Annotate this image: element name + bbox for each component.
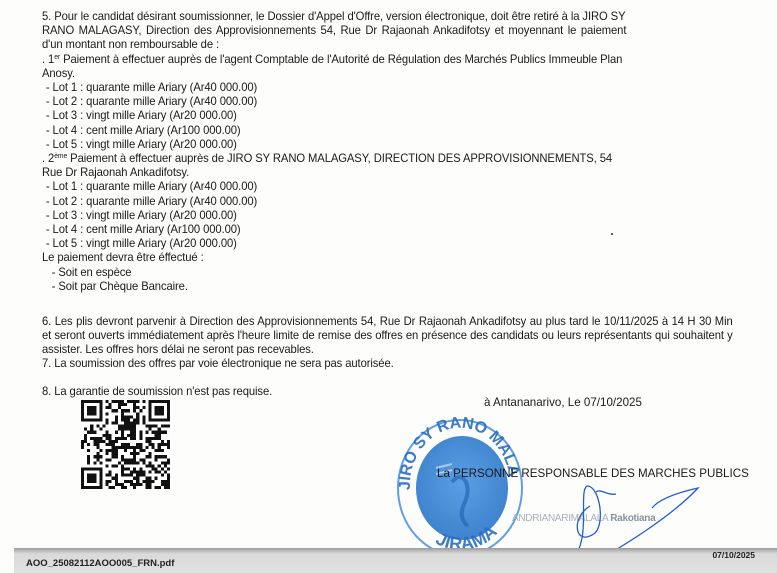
section-5-line: 5. Pour le candidat désirant soumissionn… — [42, 10, 713, 24]
footer-bar: AOO_25082112AOO005_FRN.pdf 07/10/2025 — [14, 548, 777, 573]
section-5-line: RANO MALAGASY, Direction des Approvision… — [42, 24, 713, 38]
payment-1-line: Anosy. — [42, 67, 713, 81]
lot-item: - Lot 5 : vingt mille Ariary (Ar20 000.0… — [42, 237, 713, 251]
lot-item: - Lot 2 : quarante mille Ariary (Ar40 00… — [42, 95, 713, 109]
section-5: 5. Pour le candidat désirant soumissionn… — [42, 10, 713, 294]
payment-2-line: Rue Dr Rajaonah Ankadifotsy. — [42, 166, 713, 180]
lot-item: - Lot 4 : cent mille Ariary (Ar100 000.0… — [42, 223, 713, 237]
qr-code-icon — [81, 400, 170, 489]
section-5-line: d'un montant non remboursable de : — [42, 38, 713, 52]
payment-mode-item: - Soit par Chèque Bancaire. — [42, 280, 713, 294]
lot-item: - Lot 1 : quarante mille Ariary (Ar40 00… — [42, 180, 713, 194]
document-page: 5. Pour le candidat désirant soumissionn… — [0, 0, 777, 573]
lot-item: - Lot 1 : quarante mille Ariary (Ar40 00… — [42, 81, 713, 95]
lot-item: - Lot 3 : vingt mille Ariary (Ar20 000.0… — [42, 209, 713, 223]
place-date: à Antananarivo, Le 07/10/2025 — [484, 396, 642, 409]
payment-2-line: . 2ème Paiement à effectuer auprès de JI… — [42, 152, 713, 166]
lot-item: - Lot 3 : vingt mille Ariary (Ar20 000.0… — [42, 109, 713, 123]
lot-item: - Lot 5 : vingt mille Ariary (Ar20 000.0… — [42, 138, 713, 152]
jirama-stamp-icon: JIRO SY RANO MALAGASY JIRAMA — [392, 412, 524, 558]
payment-1-line: . 1er Paiement à effectuer auprès de l'a… — [42, 53, 713, 67]
lot-item: - Lot 4 : cent mille Ariary (Ar100 000.0… — [42, 124, 713, 138]
footer-date: 07/10/2025 — [712, 550, 755, 560]
footer-filename: AOO_25082112AOO005_FRN.pdf — [26, 558, 174, 569]
section-6: 6. Les plis devront parvenir à Direction… — [42, 315, 733, 358]
payment-mode-label: Le paiement devra être éffectué : — [42, 251, 713, 265]
scan-speck — [611, 233, 613, 235]
section-7: 7. La soumission des offres par voie éle… — [42, 357, 713, 371]
lot-item: - Lot 2 : quarante mille Ariary (Ar40 00… — [42, 195, 713, 209]
payment-mode-item: - Soit en espèce — [42, 266, 713, 280]
